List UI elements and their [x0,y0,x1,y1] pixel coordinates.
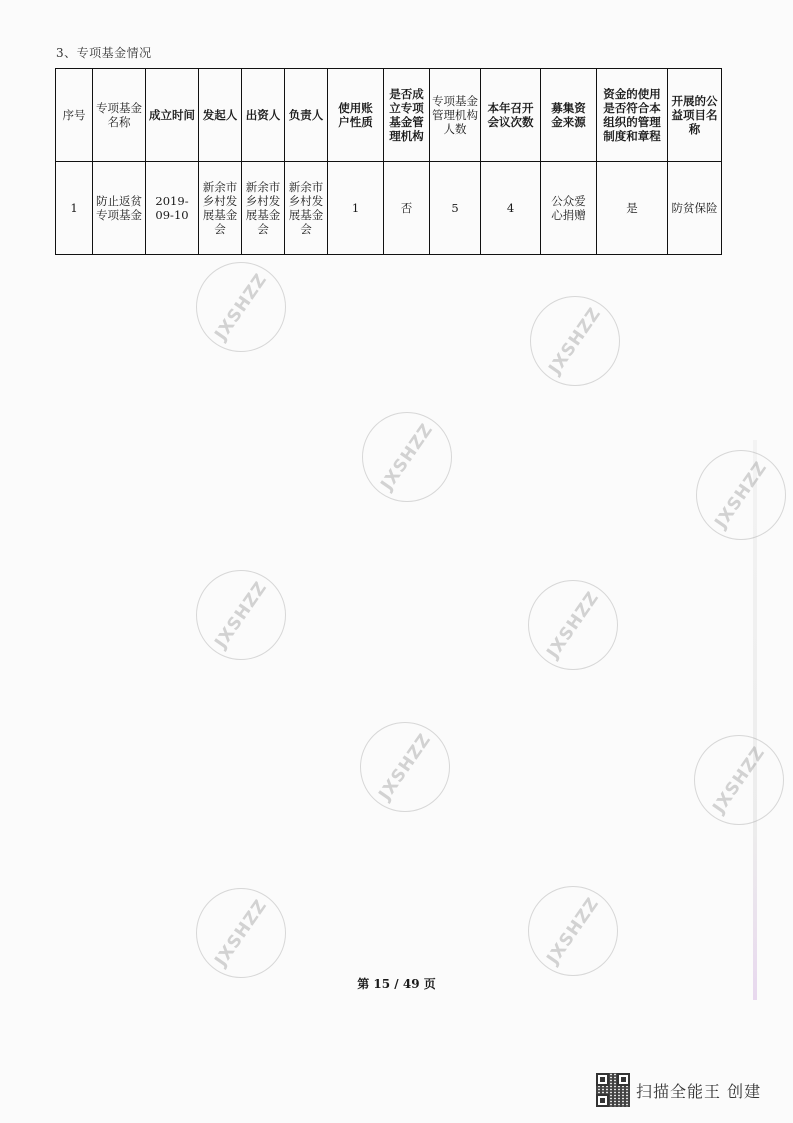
cell-management-headcount: 5 [430,162,481,255]
watermark-stamp: JXSHZZ [196,888,286,978]
header-management-headcount: 专项基金管理机构人数 [430,69,481,162]
header-compliance: 资金的使用是否符合本组织的管理制度和章程 [597,69,668,162]
cell-funding-source: 公众爱心捐赠 [541,162,597,255]
watermark-stamp: JXSHZZ [196,262,286,352]
section-title: 3、专项基金情况 [56,44,152,61]
cell-fund-name: 防止返贫专项基金 [93,162,146,255]
header-meetings: 本年召开会议次数 [481,69,541,162]
header-manager: 负责人 [285,69,328,162]
cell-account-type: 1 [328,162,384,255]
cell-manager: 新余市乡村发展基金会 [285,162,328,255]
cell-charity-project: 防贫保险 [668,162,722,255]
brand-text: 扫描全能王 创建 [636,1079,761,1102]
table-row: 1 防止返贫专项基金 2019-09-10 新余市乡村发展基金会 新余市乡村发展… [56,162,722,255]
watermark-stamp: JXSHZZ [694,735,784,825]
header-funding-source: 募集资金来源 [541,69,597,162]
header-fund-name: 专项基金名称 [93,69,146,162]
watermark-stamp: JXSHZZ [196,570,286,660]
header-funder: 出资人 [242,69,285,162]
watermark-stamp: JXSHZZ [696,450,786,540]
table-header-row: 序号 专项基金名称 成立时间 发起人 出资人 负责人 使用账户性质 是否成立专项… [56,69,722,162]
qr-code-icon [596,1073,630,1107]
cell-initiator: 新余市乡村发展基金会 [199,162,242,255]
scanner-brand: 扫描全能王 创建 [596,1073,761,1107]
watermark-stamp: JXSHZZ [528,580,618,670]
header-index: 序号 [56,69,93,162]
cell-compliance: 是 [597,162,668,255]
header-initiator: 发起人 [199,69,242,162]
cell-index: 1 [56,162,93,255]
header-account-type: 使用账户性质 [328,69,384,162]
watermark-stamp: JXSHZZ [362,412,452,502]
header-has-management-org: 是否成立专项基金管理机构 [384,69,430,162]
cell-has-management-org: 否 [384,162,430,255]
page-number: 第 15 / 49 页 [0,975,793,992]
special-fund-table: 序号 专项基金名称 成立时间 发起人 出资人 负责人 使用账户性质 是否成立专项… [55,68,722,255]
cell-established: 2019-09-10 [146,162,199,255]
cell-meetings: 4 [481,162,541,255]
watermark-stamp: JXSHZZ [360,722,450,812]
header-charity-project: 开展的公益项目名称 [668,69,722,162]
header-established: 成立时间 [146,69,199,162]
watermark-stamp: JXSHZZ [528,886,618,976]
watermark-stamp: JXSHZZ [530,296,620,386]
cell-funder: 新余市乡村发展基金会 [242,162,285,255]
